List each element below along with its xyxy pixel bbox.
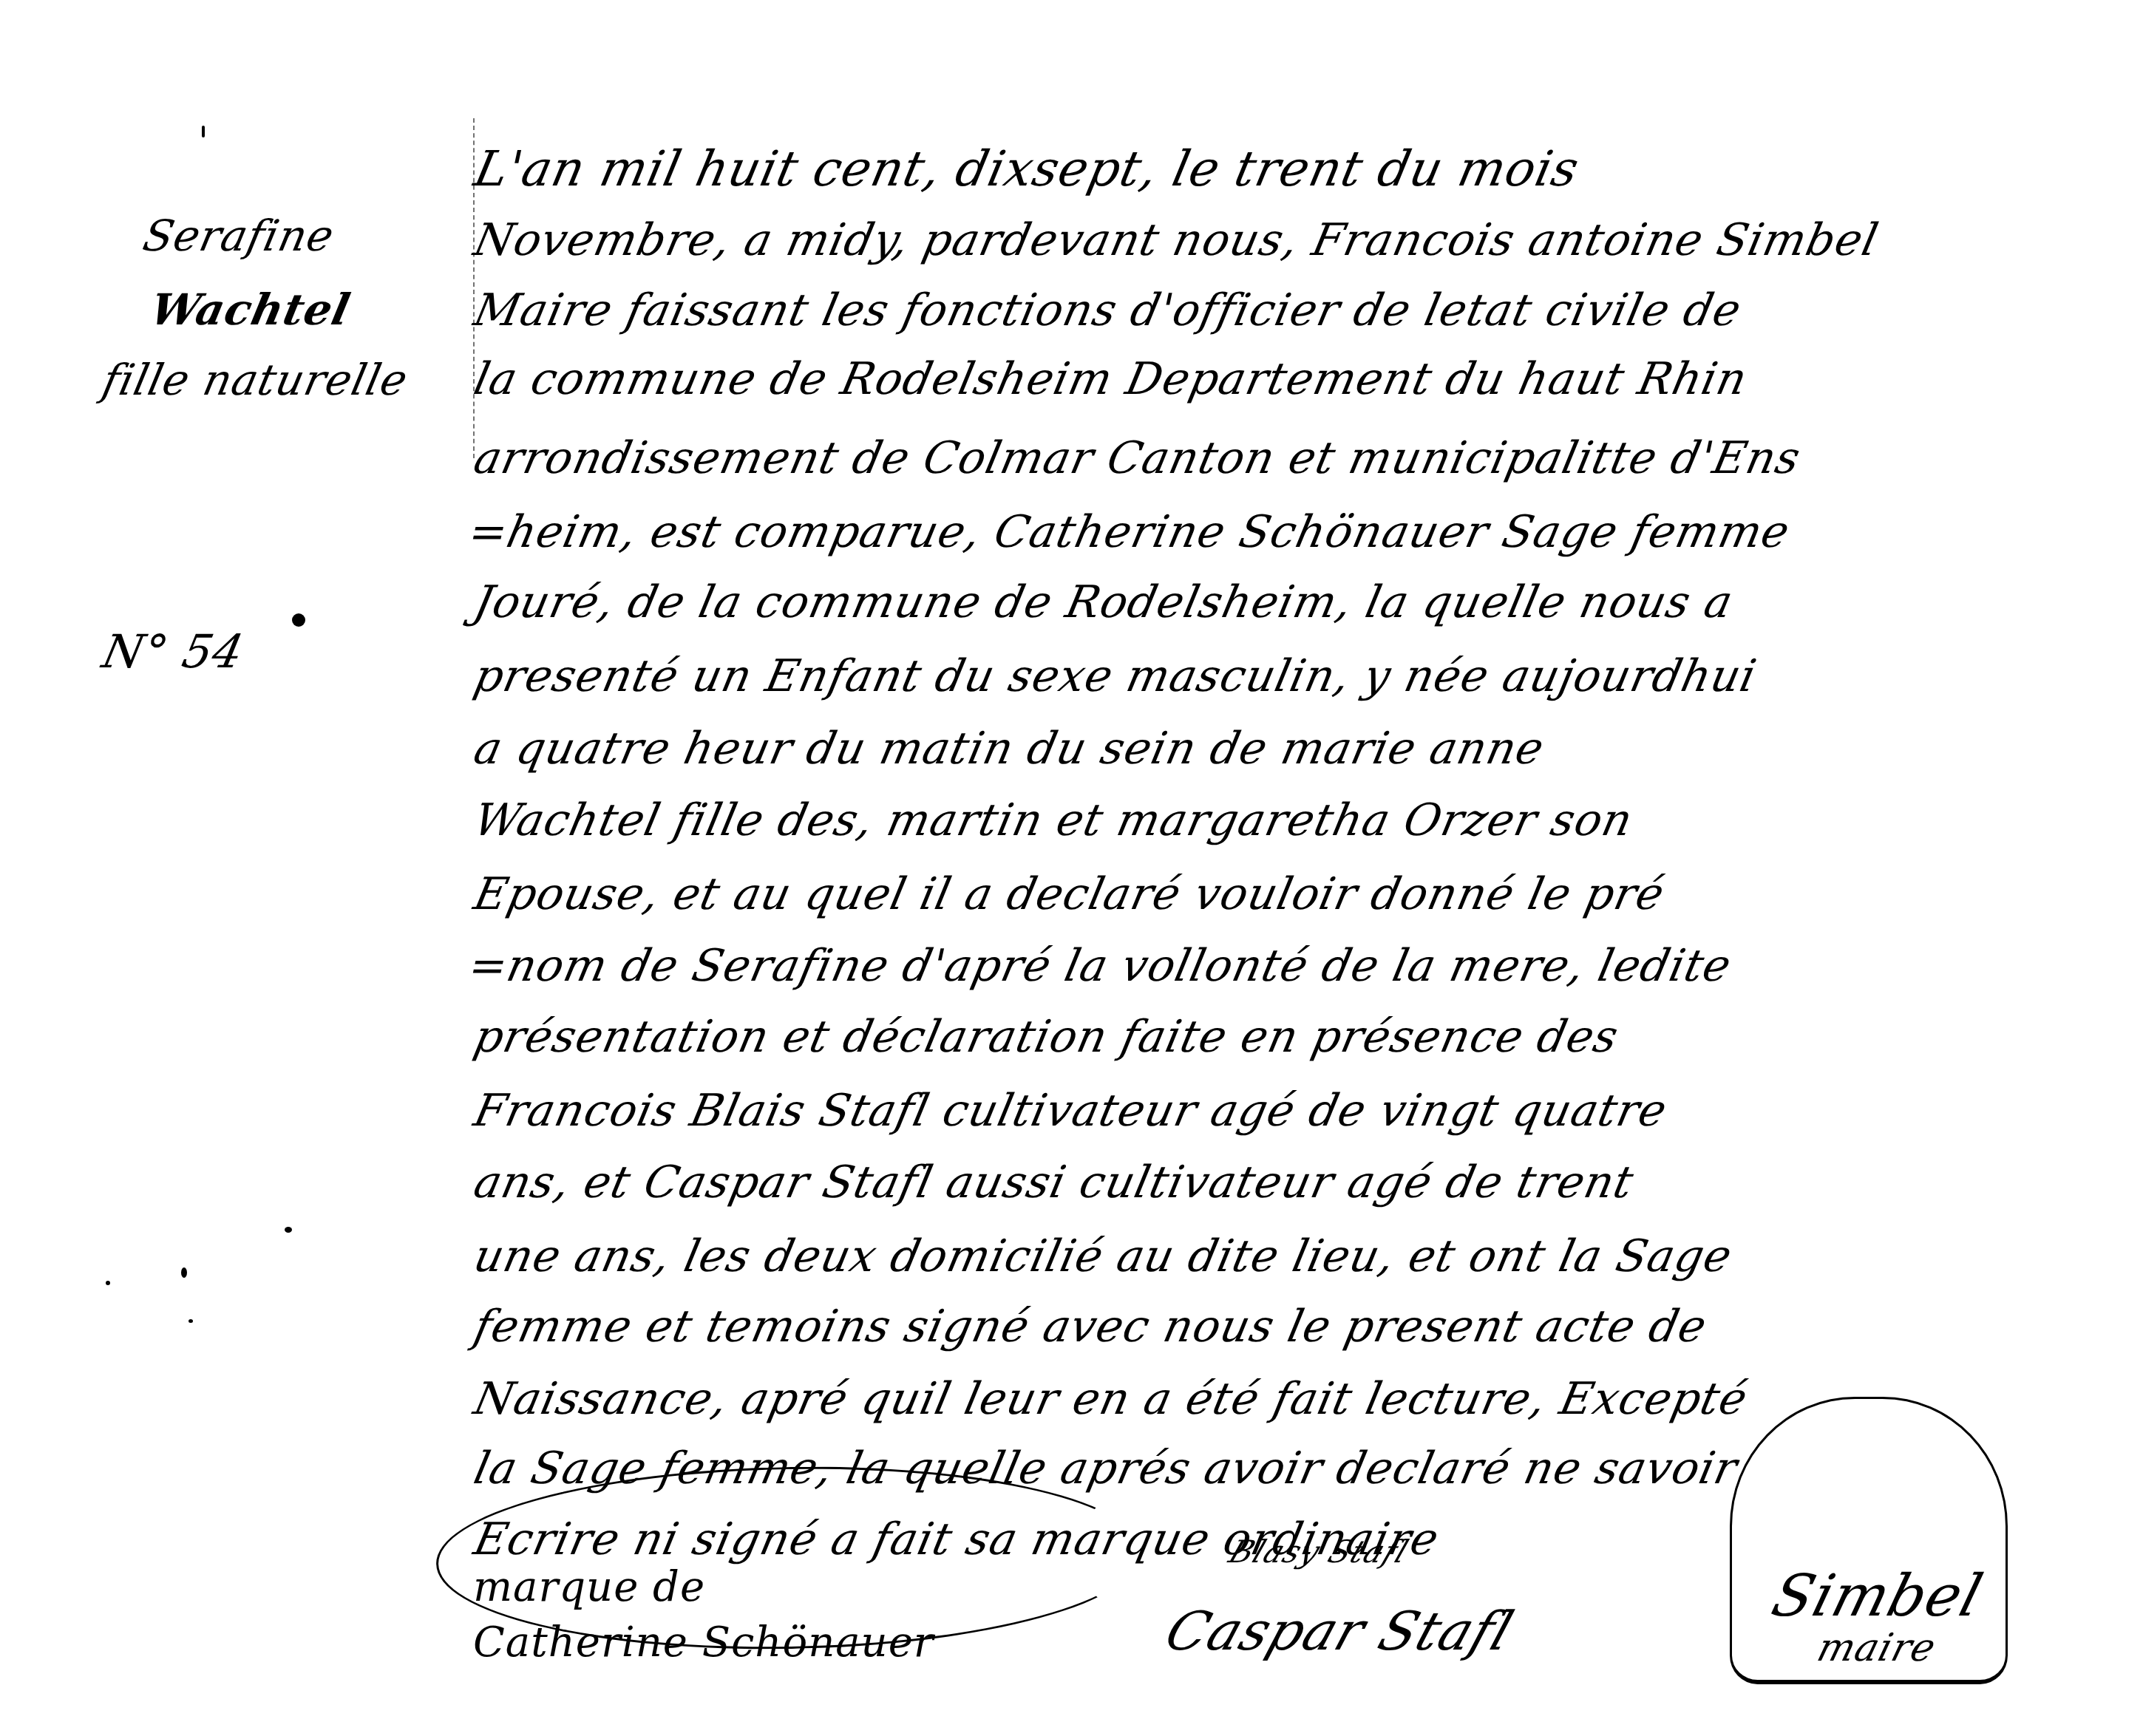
record-line-13: présentation et déclaration faite en pré… [469,1011,1623,1063]
margin-rule [473,118,475,458]
record-line-18: Naissance, apré quil leur en a été fait … [469,1373,1752,1425]
record-line-5: arrondissement de Colmar Canton et munic… [469,432,1805,484]
midwife-mark-label: marque de [473,1563,705,1611]
record-line-4: la commune de Rodelsheim Departement du … [469,353,1752,405]
record-line-12: =nom de Serafine d'apré la vollonté de l… [464,940,1736,992]
witness-signature-caspar-stafl: Caspar Stafl [1158,1600,1521,1662]
margin-record-number: N° 54 [98,624,248,678]
record-line-9: a quatre heur du matin du sein de marie … [469,723,1549,775]
record-line-10: Wachtel fille des, martin et margaretha … [469,794,1637,846]
record-line-15: ans, et Caspar Stafl aussi cultivateur a… [469,1157,1638,1208]
ink-speck [292,613,305,627]
ink-speck [181,1267,187,1278]
margin-child-first-name: Serafine [139,211,339,261]
midwife-name: Catherine Schönauer [473,1618,934,1667]
record-line-2: Novembre, a midy, pardevant nous, Franco… [469,214,1883,266]
ink-speck [285,1227,292,1233]
margin-child-surname: Wachtel [146,285,355,335]
record-line-8: presenté un Enfant du sexe masculin, y n… [469,650,1761,702]
birth-record-page: Serafine Wachtel fille naturelle N° 54 L… [0,0,2143,1736]
record-line-1: L'an mil huit cent, dixsept, le trent du… [469,140,1584,197]
ink-speck [106,1281,110,1285]
witness-signature-blasy-stafl: Blasy Stafl [1224,1534,1413,1570]
ink-speck [202,126,205,137]
record-line-6: =heim, est comparue, Catherine Schönauer… [464,506,1795,558]
mayor-signature-name: Simbel [1765,1563,1990,1630]
margin-status-note: fille naturelle [98,355,412,405]
ink-speck [189,1319,193,1323]
record-line-14: Francois Blais Stafl cultivateur agé de … [469,1085,1672,1137]
record-line-16: une ans, les deux domicilié au dite lieu… [469,1230,1736,1282]
mayor-signature-title: maire [1813,1626,1941,1670]
record-line-11: Epouse, et au quel il a declaré vouloir … [469,868,1669,920]
record-line-17: femme et temoins signé avec nous le pres… [469,1301,1711,1352]
record-line-7: Jouré, de la commune de Rodelsheim, la q… [469,576,1738,628]
record-line-3: Maire faissant les fonctions d'officier … [469,285,1746,336]
